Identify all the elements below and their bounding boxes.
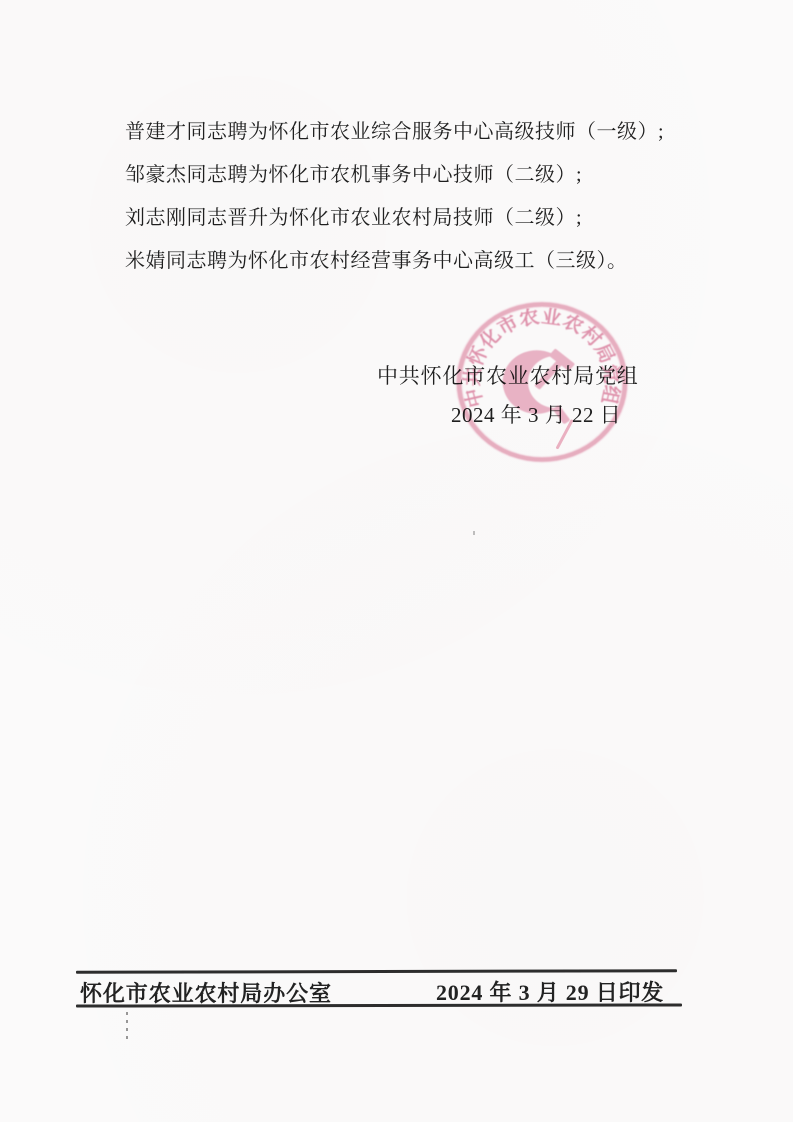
footer-print-date: 2024 年 3 月 29 日印发	[436, 976, 664, 1007]
signature-org: 中共怀化市农业农村局党组	[377, 364, 639, 389]
scan-artifact-dots	[126, 1012, 128, 1039]
body-line-2: 邹豪杰同志聘为怀化市农机事务中心技师（二级）;	[125, 154, 743, 197]
body-line-1: 普建才同志聘为怀化市农业综合服务中心高级技师（一级）;	[125, 111, 743, 154]
body-text: 普建才同志聘为怀化市农业综合服务中心高级技师（一级）; 邹豪杰同志聘为怀化市农机…	[125, 111, 743, 283]
scan-artifact-speck	[473, 531, 475, 535]
seal-arc-text-holder: 中共怀化市农业农村局党组	[460, 305, 624, 409]
body-line-4: 米婧同志聘为怀化市农村经营事务中心高级工（三级）。	[125, 240, 743, 283]
signature-date: 2024 年 3 月 22 日	[451, 403, 621, 428]
body-line-3: 刘志刚同志晋升为怀化市农业农村局技师（二级）;	[125, 197, 743, 240]
document-page: 普建才同志聘为怀化市农业综合服务中心高级技师（一级）; 邹豪杰同志聘为怀化市农机…	[0, 0, 793, 1122]
seal-arc-text: 中共怀化市农业农村局党组	[460, 305, 624, 409]
footer-top-rule	[76, 969, 677, 973]
